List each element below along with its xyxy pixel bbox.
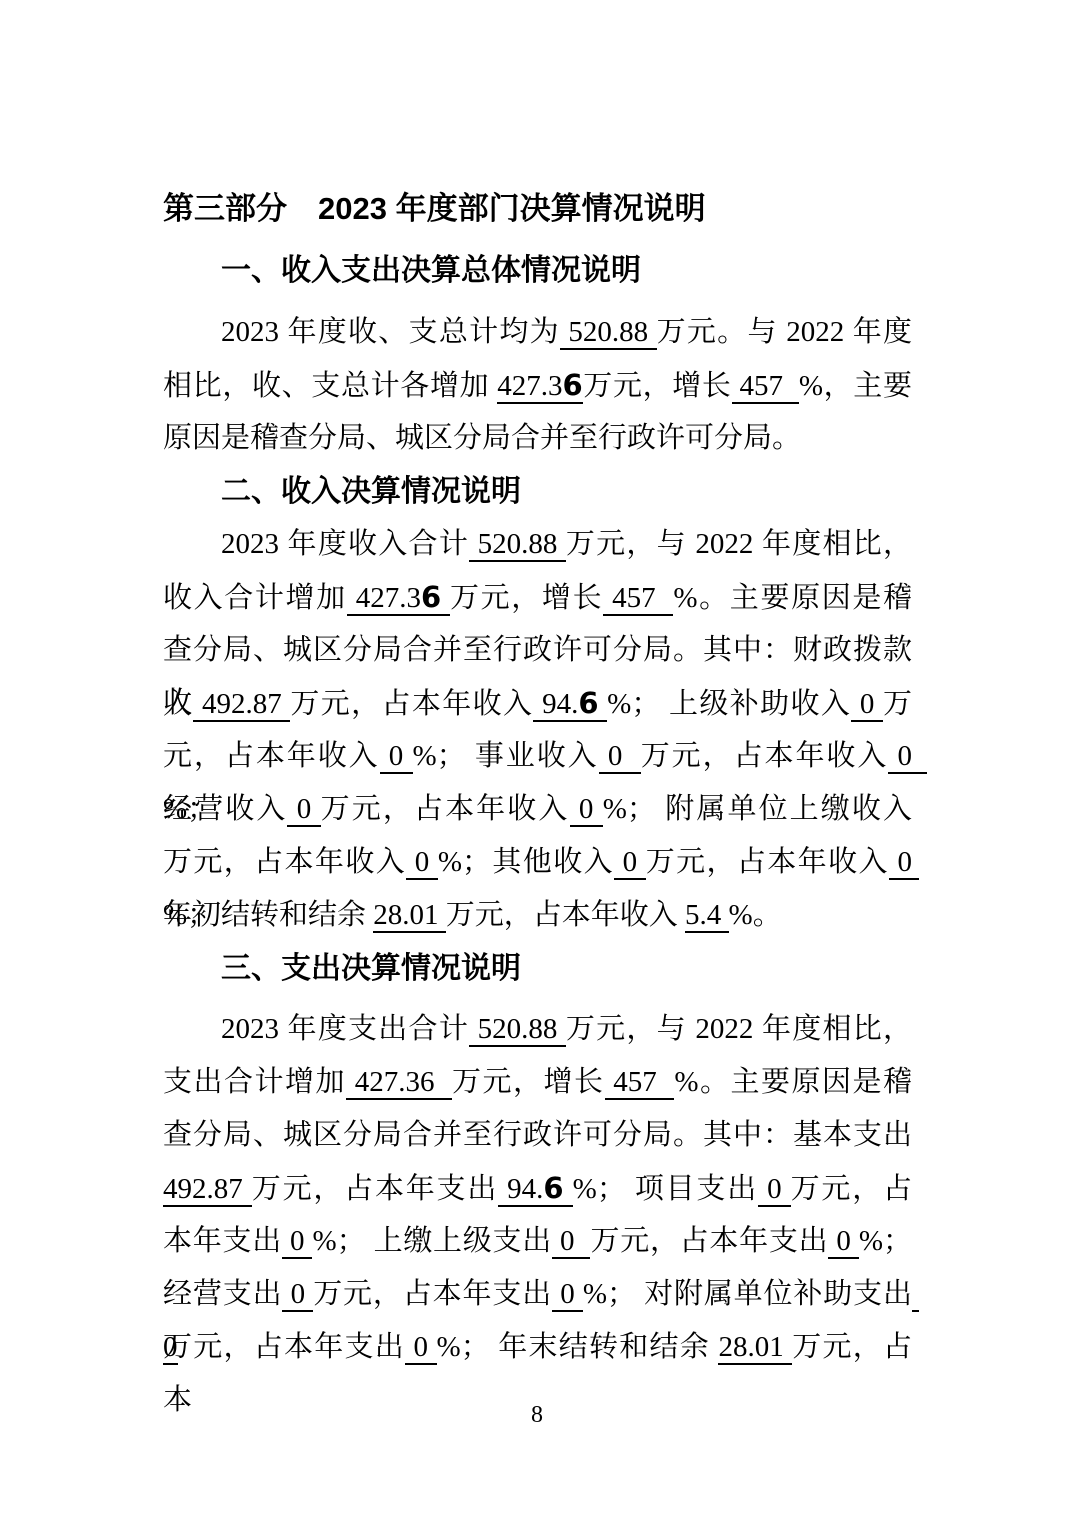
text-segment: %；其他收入	[438, 846, 614, 878]
underlined-value: 427.3	[497, 370, 562, 404]
section-overview: 一、收入支出决算总体情况说明 2023 年度收、支总计均为 520.88 万元。…	[163, 244, 912, 465]
text-segment: %；	[859, 1225, 912, 1257]
section-expenditure: 三、支出决算情况说明 2023 年度支出合计 520.88 万元，与 2022 …	[163, 942, 912, 1374]
text-line: 万元，占本年收入 0 %；其他收入 0 万元，占本年收入 0 %；	[163, 836, 912, 889]
text-line: 本年支出 0 %； 上缴上级支出 0 万元，占本年支出 0 %；	[163, 1215, 912, 1268]
text-line: 查分局、城区分局合并至行政许可分局。其中：基本支出	[163, 1109, 912, 1162]
text-segment: 万元，占本年收入	[290, 688, 533, 720]
underlined-value: 0	[828, 1225, 858, 1259]
text-line: 支出合计增加 427.36 万元，增长 457 %。主要原因是稽	[163, 1056, 912, 1109]
underlined-value: 28.01	[373, 899, 446, 933]
text-segment: %； 上级补助收入	[607, 688, 851, 720]
underlined-value: 0	[282, 1278, 313, 1312]
text-line: 2023 年度收入合计 520.88 万元，与 2022 年度相比，	[163, 518, 912, 571]
text-segment: 万元，与 2022 年度相比，	[566, 1013, 912, 1045]
underlined-value	[564, 1173, 573, 1207]
underlined-value: 0	[851, 688, 883, 722]
underlined-value: 0	[889, 846, 919, 880]
paragraph-expenditure: 2023 年度支出合计 520.88 万元，与 2022 年度相比，支出合计增加…	[163, 1003, 912, 1374]
underlined-value: 457	[603, 582, 673, 616]
text-line: 2023 年度支出合计 520.88 万元，与 2022 年度相比，	[163, 1003, 912, 1056]
text-segment: 原因是稽查分局、城区分局合并至行政许可分局。	[163, 422, 801, 454]
section-heading-expenditure: 三、支出决算情况说明	[163, 942, 912, 995]
text-segment: 元，占本年收入	[163, 740, 380, 772]
text-line: 经营收入 0 万元，占本年收入 0 %； 附属单位上缴收入	[163, 783, 912, 836]
underlined-value: 457	[605, 1066, 675, 1100]
underlined-value: 0	[380, 740, 413, 774]
text-segment: 收入合计增加	[163, 582, 347, 614]
text-line: 元，占本年收入 0 %； 事业收入 0 万元，占本年收入 0 %；	[163, 730, 912, 783]
underlined-value: 0	[406, 846, 438, 880]
underlined-value: 427.36	[346, 1066, 452, 1100]
underlined-value: 6	[543, 1171, 563, 1207]
section-income: 二、收入决算情况说明 2023 年度收入合计 520.88 万元，与 2022 …	[163, 465, 912, 942]
text-segment: %。主要原因是稽	[674, 1066, 912, 1098]
underlined-value: 0	[570, 793, 603, 827]
text-segment: %，主要	[799, 370, 912, 402]
text-segment: 入	[163, 688, 193, 720]
text-line: 万元，占本年支出 0 %； 年末结转和结余 28.01 万元，占本	[163, 1321, 912, 1374]
text-segment: %； 年末结转和结余	[437, 1331, 719, 1363]
text-line: 原因是稽查分局、城区分局合并至行政许可分局。	[163, 412, 912, 465]
text-line: 相比，收、支总计各增加 427.36万元，增长 457 %，主要	[163, 359, 912, 412]
underlined-value: 5.4	[685, 899, 729, 933]
text-segment: %； 项目支出	[573, 1173, 758, 1205]
text-segment: 万元，占本年收入	[646, 846, 889, 878]
paragraph-overview: 2023 年度收、支总计均为 520.88 万元。与 2022 年度相比，收、支…	[163, 306, 912, 465]
text-segment: %； 附属单位上缴收入	[603, 793, 912, 825]
underlined-value: 6	[421, 580, 441, 616]
underlined-value: 492.87	[163, 1173, 252, 1207]
document-page: 第三部分 2023 年度部门决算情况说明 一、收入支出决算总体情况说明 2023…	[0, 0, 1074, 1520]
underlined-value: 492.87	[193, 688, 290, 722]
text-segment: 2023 年度支出合计	[221, 1013, 469, 1045]
text-segment: 万元，占本年收入	[641, 740, 889, 772]
text-line: 经营支出 0 万元，占本年支出 0 %； 对附属单位补助支出 0	[163, 1268, 912, 1321]
text-segment: 万元，占本年支出	[313, 1278, 552, 1310]
underlined-value: 0	[287, 793, 320, 827]
text-segment: 万元，增长	[452, 1066, 605, 1098]
text-segment: %； 事业收入	[413, 740, 599, 772]
text-segment: 经营收入	[163, 793, 287, 825]
text-segment: 查分局、城区分局合并至行政许可分局。其中：基本支出	[163, 1119, 912, 1151]
document-title: 第三部分 2023 年度部门决算情况说明	[163, 185, 912, 233]
underlined-value: 94.	[533, 688, 578, 722]
text-segment: 万元，占本年收入	[321, 793, 570, 825]
text-segment: %； 对附属单位补助支出	[583, 1278, 912, 1310]
underlined-value: 0	[758, 1173, 791, 1207]
text-segment: 万元。与 2022 年度	[657, 316, 912, 348]
text-segment: 2023 年度收入合计	[221, 528, 469, 560]
underlined-value: 0	[614, 846, 646, 880]
text-segment: %。	[729, 899, 782, 931]
text-line: 492.87 万元，占本年支出 94.6 %； 项目支出 0 万元，占	[163, 1162, 912, 1215]
underlined-value: 6	[578, 686, 598, 722]
section-heading-income: 二、收入决算情况说明	[163, 465, 912, 518]
text-segment: 万元，占	[791, 1173, 912, 1205]
text-segment: 2023 年度收、支总计均为	[221, 316, 560, 348]
text-line: 年初结转和结余 28.01 万元，占本年收入 5.4 %。	[163, 889, 912, 942]
page-number: 8	[0, 1400, 1074, 1430]
section-heading-income-expenditure-overview: 一、收入支出决算总体情况说明	[163, 244, 912, 297]
underlined-value: 0	[282, 1225, 312, 1259]
text-line: 入 492.87 万元，占本年收入 94.6 %； 上级补助收入 0 万	[163, 677, 912, 730]
underlined-value	[441, 582, 450, 616]
text-segment: 万元，与 2022 年度相比，	[566, 528, 912, 560]
underlined-value: 0	[552, 1225, 590, 1259]
text-segment: 万元，占本年支出	[590, 1225, 828, 1257]
underlined-value: 0	[552, 1278, 583, 1312]
underlined-value: 94.	[498, 1173, 543, 1207]
text-segment: 支出合计增加	[163, 1066, 346, 1098]
text-segment: 万元，增长	[583, 370, 732, 402]
text-segment: 本年支出	[163, 1225, 282, 1257]
underlined-value: 28.01	[718, 1331, 792, 1365]
text-segment: %。主要原因是稽	[673, 582, 912, 614]
underlined-value: 520.88	[469, 1013, 566, 1047]
underlined-value: 0	[599, 740, 641, 774]
underlined-value: 0	[888, 740, 926, 774]
text-segment: 万	[883, 688, 912, 720]
text-line: 收入合计增加 427.36 万元，增长 457 %。主要原因是稽	[163, 571, 912, 624]
underlined-value: 520.88	[560, 316, 657, 350]
underlined-value: 0	[405, 1331, 437, 1365]
underlined-value: 457	[732, 370, 799, 404]
text-segment: 年初结转和结余	[163, 899, 373, 931]
text-segment: 万元，占本年支出	[252, 1173, 498, 1205]
text-line: 2023 年度收、支总计均为 520.88 万元。与 2022 年度	[163, 306, 912, 359]
paragraph-income: 2023 年度收入合计 520.88 万元，与 2022 年度相比，收入合计增加…	[163, 518, 912, 942]
text-segment: 万元，占本年收入	[446, 899, 685, 931]
text-segment: %； 上缴上级支出	[312, 1225, 552, 1257]
text-segment: 万元，占本年收入	[163, 846, 406, 878]
underlined-value: 520.88	[469, 528, 566, 562]
underlined-value: 427.3	[347, 582, 421, 616]
text-line: 查分局、城区分局合并至行政许可分局。其中：财政拨款收	[163, 624, 912, 677]
underlined-value: 6	[562, 368, 582, 404]
underlined-value	[599, 688, 608, 722]
text-segment: 万元，占本年支出	[163, 1331, 405, 1363]
text-segment: 相比，收、支总计各增加	[163, 370, 497, 402]
text-segment: 万元，增长	[450, 582, 603, 614]
text-segment: 经营支出	[163, 1278, 282, 1310]
